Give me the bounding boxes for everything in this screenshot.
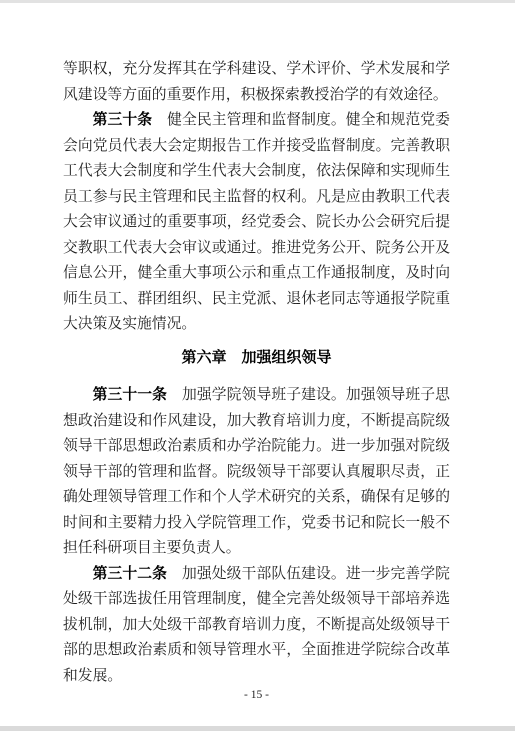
- article-number: 第三十二条: [93, 566, 167, 582]
- paragraph-article-31: 第三十一条 加强学院领导班子建设。加强领导班子思想政治建设和作风建设，加大教育培…: [63, 383, 450, 562]
- paragraph-article-30: 第三十条 健全民主管理和监督制度。健全和规范党委会向党员代表大会定期报告工作并接…: [63, 108, 450, 338]
- paragraph-text: 加强学院领导班子建设。加强领导班子思想政治建设和作风建设，加大教育培训力度，不断…: [63, 387, 450, 556]
- paragraph-article-32: 第三十二条 加强处级干部队伍建设。进一步完善学院处级干部选拔任用管理制度，健全完…: [63, 562, 450, 690]
- document-page: 等职权，充分发挥其在学科建设、学术评价、学术发展和学风建设等方面的重要作用，积极…: [0, 0, 515, 734]
- page-content: 等职权，充分发挥其在学科建设、学术评价、学术发展和学风建设等方面的重要作用，积极…: [0, 0, 515, 703]
- article-number: 第三十条: [93, 112, 153, 128]
- lead-separator: [167, 566, 182, 582]
- paragraph-text: 健全民主管理和监督制度。健全和规范党委会向党员代表大会定期报告工作并接受监督制度…: [63, 112, 450, 332]
- paragraph-text: 等职权，充分发挥其在学科建设、学术评价、学术发展和学风建设等方面的重要作用，积极…: [63, 61, 450, 103]
- page-bottom-edge: [0, 726, 515, 731]
- chapter-heading: 第六章 加强组织领导: [63, 346, 450, 372]
- paragraph-text: 加强处级干部队伍建设。进一步完善学院处级干部选拔任用管理制度，健全完善处级领导干…: [63, 566, 450, 684]
- article-number: 第三十一条: [93, 387, 167, 403]
- paragraph-continuation: 等职权，充分发挥其在学科建设、学术评价、学术发展和学风建设等方面的重要作用，积极…: [63, 57, 450, 108]
- page-number: - 15 -: [63, 687, 450, 703]
- lead-separator: [152, 112, 167, 128]
- lead-separator: [167, 387, 182, 403]
